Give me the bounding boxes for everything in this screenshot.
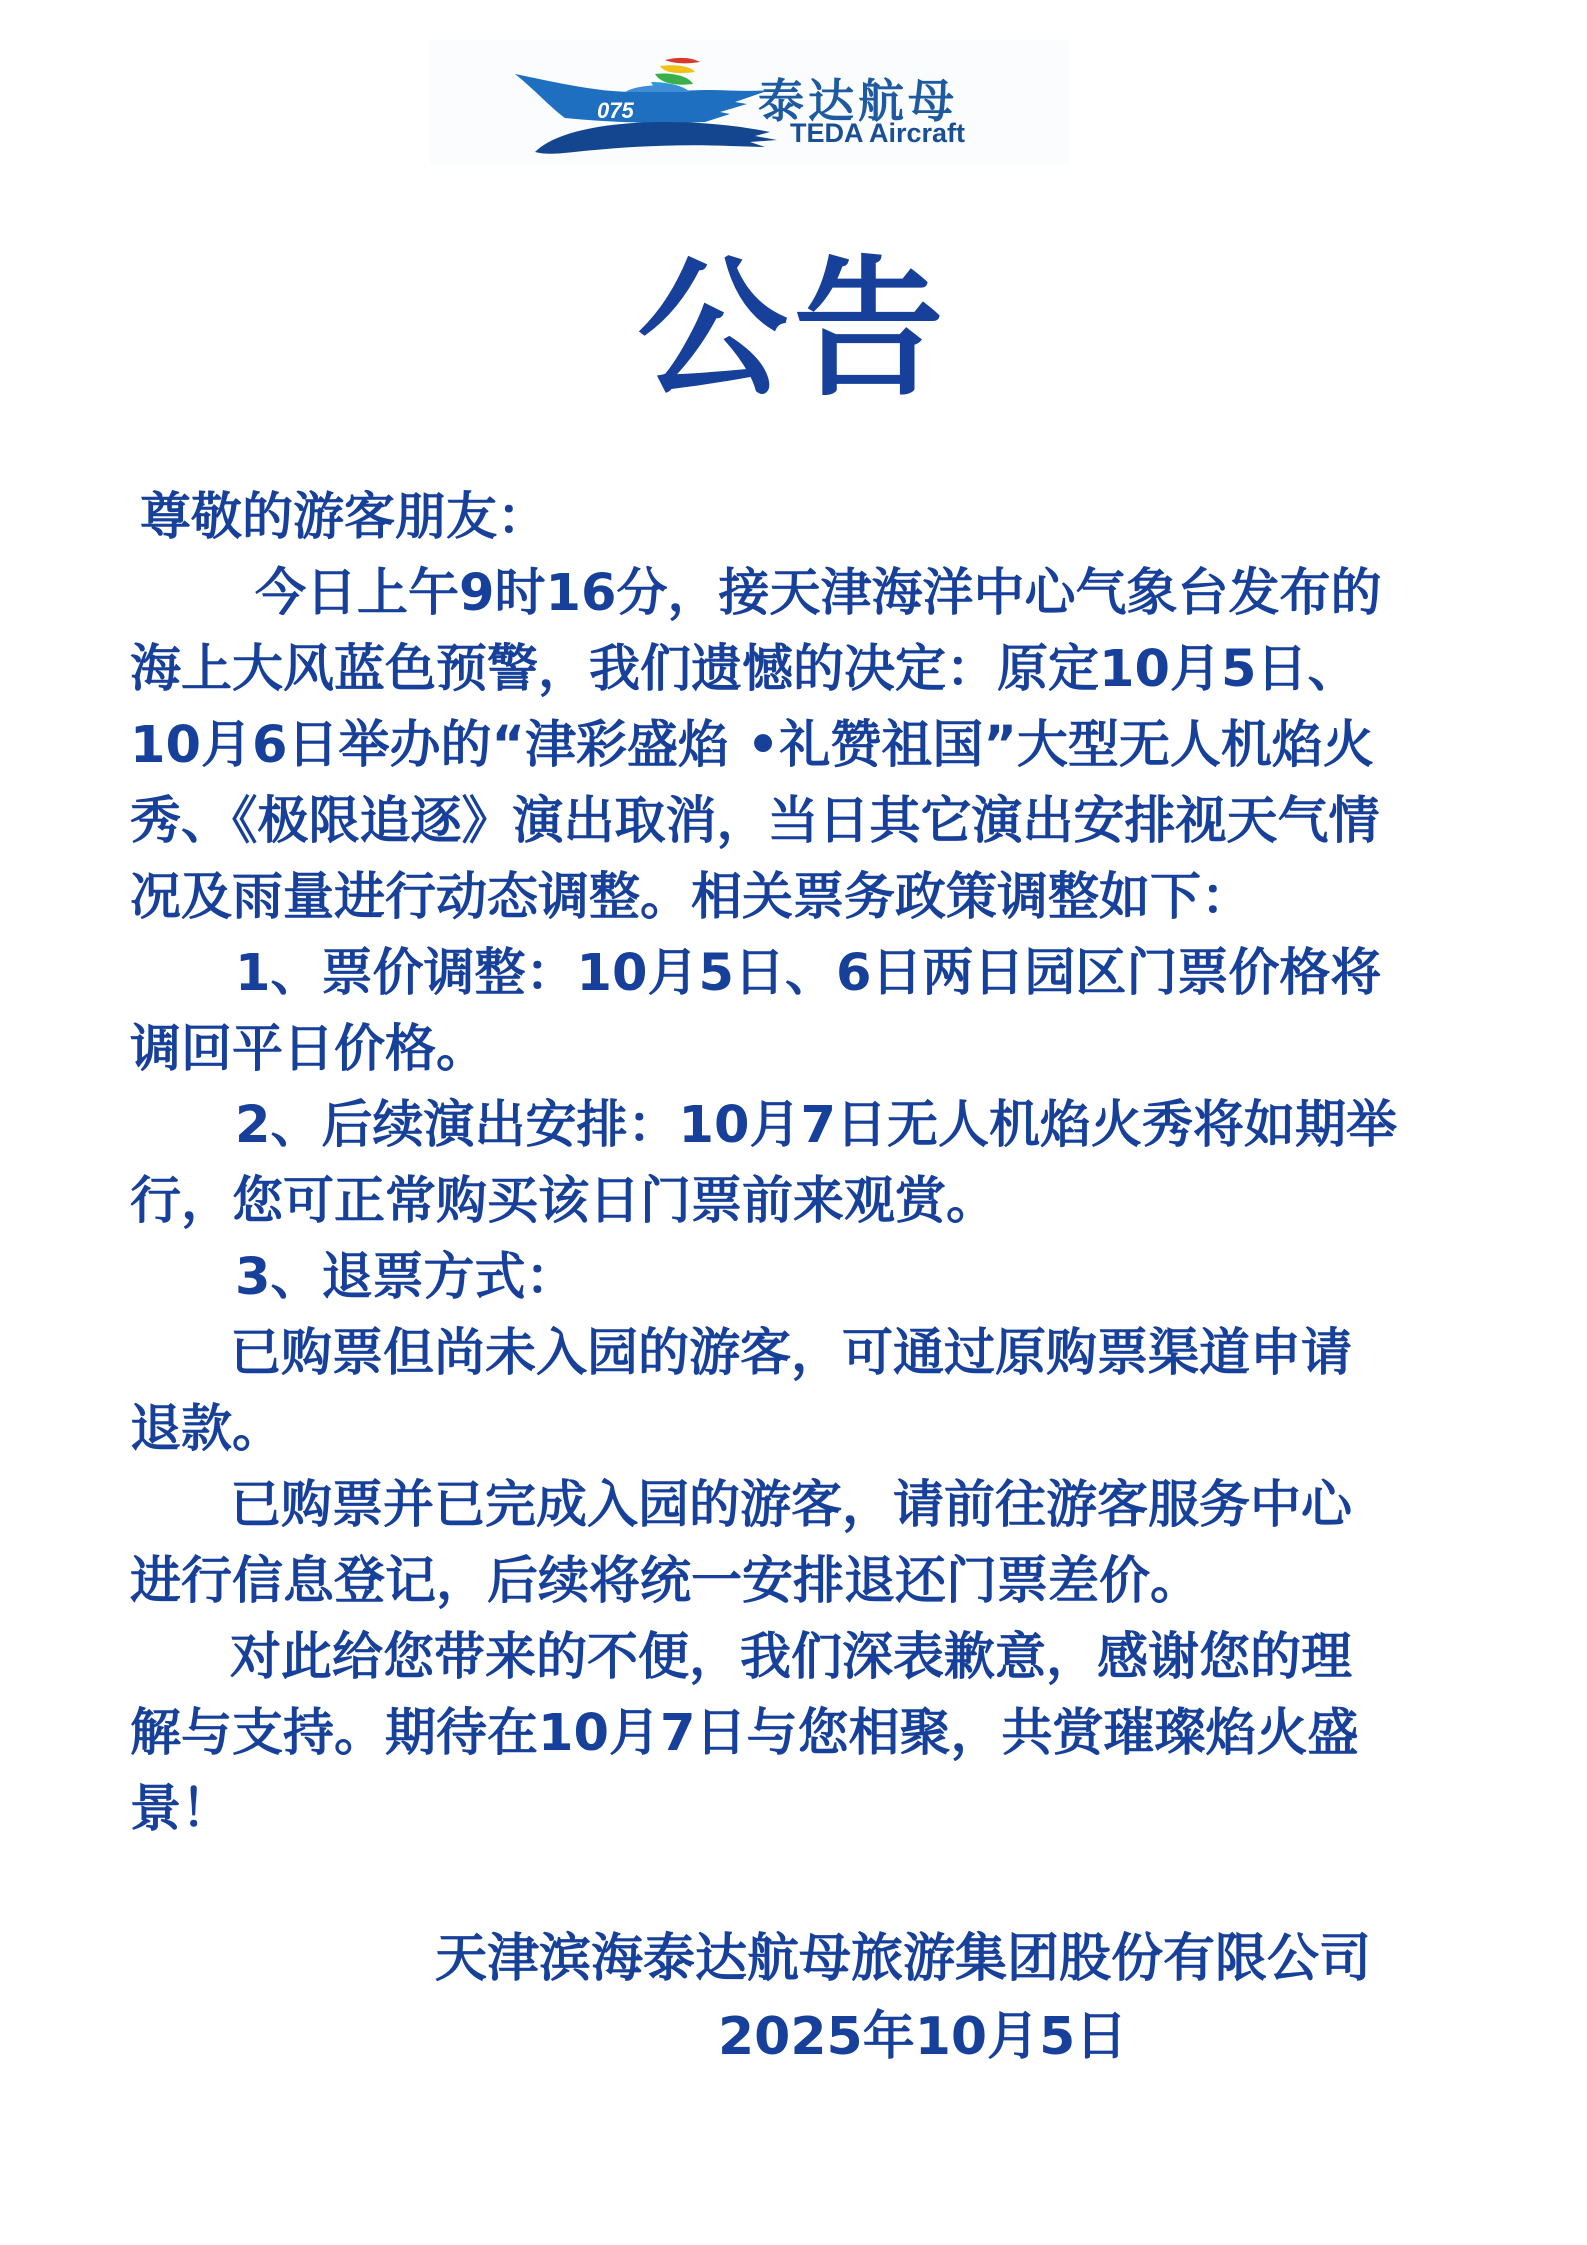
svg-text:075: 075: [597, 98, 634, 123]
apology-paragraph: 对此给您带来的不便，我们深表歉意，感谢您的理: [130, 1620, 1470, 1696]
paragraph-line: 秀、《极限追逐》演出取消，当日其它演出安排视天气情: [130, 784, 1470, 860]
policy-item-ticket-price: 1、票价调整：10月5日、6日两日园区门票价格将: [130, 936, 1470, 1012]
paragraph-line: 10月6日举办的“津彩盛焰 •礼赞祖国”大型无人机焰火: [130, 708, 1470, 784]
paragraph-line: 解与支持。期待在10月7日与您相聚，共赏璀璨焰火盛: [130, 1696, 1470, 1772]
refund-entered: 已购票并已完成入园的游客，请前往游客服务中心: [130, 1468, 1470, 1544]
paragraph-line: 行，您可正常购买该日门票前来观赏。: [130, 1164, 1470, 1240]
refund-not-entered: 已购票但尚未入园的游客，可通过原购票渠道申请: [130, 1316, 1470, 1392]
salutation: 尊敬的游客朋友：: [130, 480, 1470, 556]
policy-item-follow-up-shows: 2、后续演出安排：10月7日无人机焰火秀将如期举: [130, 1088, 1470, 1164]
signature-date: 2025年10月5日: [718, 1998, 1127, 2076]
paragraph-line: 况及雨量进行动态调整。相关票务政策调整如下：: [130, 860, 1470, 936]
paragraph-line: 海上大风蓝色预警，我们遗憾的决定：原定10月5日、: [130, 632, 1470, 708]
paragraph-line: 退款。: [130, 1392, 1470, 1468]
announcement-body: 尊敬的游客朋友： 今日上午9时16分，接天津海洋中心气象台发布的 海上大风蓝色预…: [130, 480, 1470, 1848]
signature-company: 天津滨海泰达航母旅游集团股份有限公司: [435, 1920, 1371, 1998]
paragraph-line: 调回平日价格。: [130, 1012, 1470, 1088]
policy-item-refund-method: 3、退票方式：: [130, 1240, 1470, 1316]
paragraph-line: 进行信息登记，后续将统一安排退还门票差价。: [130, 1544, 1470, 1620]
logo: 075 泰达航母 TEDA Aircraft: [430, 40, 1070, 165]
paragraph-line: 今日上午9时16分，接天津海洋中心气象台发布的: [130, 556, 1470, 632]
paragraph-line: 景！: [130, 1772, 1470, 1848]
page-title: 公告: [0, 245, 1587, 415]
logo-name-en: TEDA Aircraft: [790, 118, 965, 149]
